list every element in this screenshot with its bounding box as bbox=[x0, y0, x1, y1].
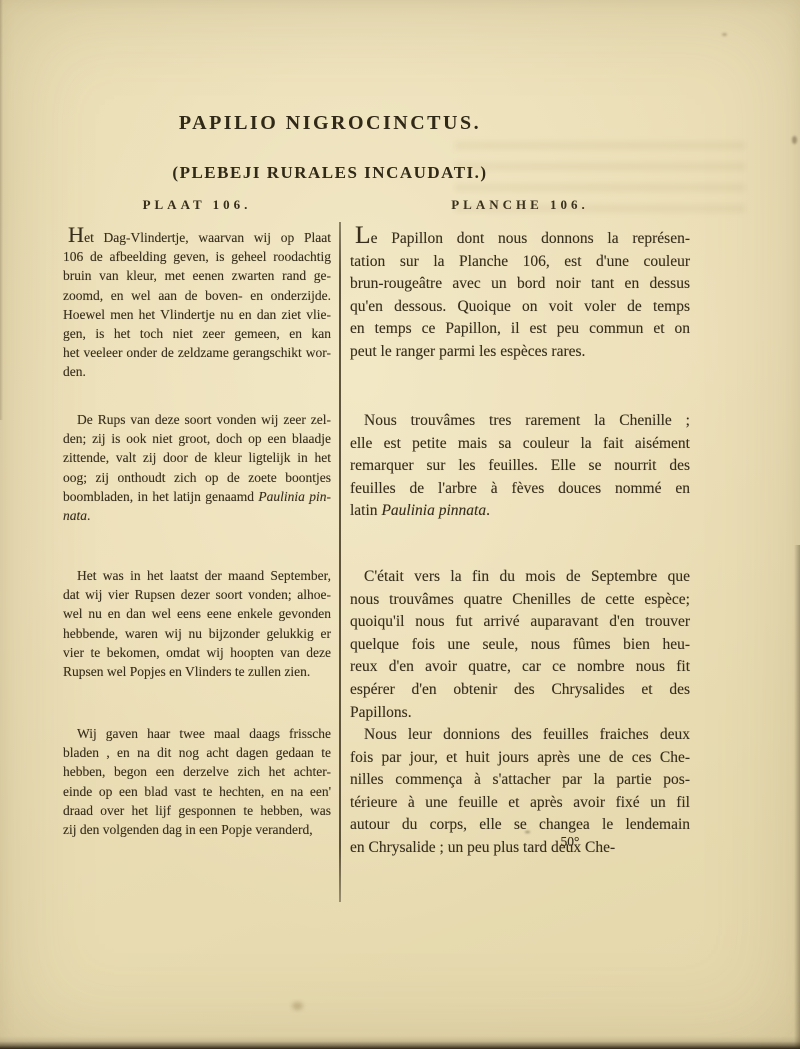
text-line: wel nu en dan wel eens eene enkele gevon… bbox=[63, 604, 331, 623]
paragraph: Nous trouvâmes tres rarement la Chenille… bbox=[350, 410, 690, 523]
column-divider-rule bbox=[339, 222, 341, 902]
text-line: Nous trouvâmes tres rarement la Chenille… bbox=[350, 410, 690, 433]
text-line: Le Papillon dont nous donnons la représe… bbox=[350, 228, 690, 251]
initial-capital: H bbox=[68, 222, 84, 247]
text-line: het veeleer onder de zeldzame gerangschi… bbox=[63, 343, 331, 362]
text-line: autour du corps, elle se changea le lend… bbox=[350, 814, 690, 837]
text-line: qu'en dessous. Quoique on voit voler de … bbox=[350, 296, 690, 319]
text-line: Wij gaven haar twee maal daags frissche bbox=[63, 724, 331, 743]
text-line: elle est petite mais sa couleur la fait … bbox=[350, 433, 690, 456]
text-line: den. bbox=[63, 362, 331, 381]
latin-species-name: nata bbox=[63, 508, 87, 523]
text-line: vier te bekomen, omdat wij hoopten van d… bbox=[63, 643, 331, 662]
text-line: hebbende, waren wij nu bijzonder gelukki… bbox=[63, 624, 331, 643]
text-line: den; zij is ook niet groot, doch op een … bbox=[63, 429, 331, 448]
scan-edge-shadow-right bbox=[794, 545, 800, 1049]
initial-capital: L bbox=[355, 220, 371, 249]
book-page: PAPILIO NIGROCINCTUS. (PLEBEJI RURALES I… bbox=[0, 0, 800, 1049]
scan-edge-shadow-left bbox=[0, 0, 3, 420]
text-line: nata. bbox=[63, 506, 331, 525]
text-line: Papillons. bbox=[350, 702, 690, 725]
text-line: bladen , en na dit nog acht dagen gedaan… bbox=[63, 743, 331, 762]
text-line: fois par jour, et huit jours après une d… bbox=[350, 747, 690, 770]
paragraph: Wij gaven haar twee maal daags frisscheb… bbox=[63, 724, 331, 839]
text-line: feuilles de l'arbre à fèves douces nommé… bbox=[350, 478, 690, 501]
latin-species-name: Paulinia pin- bbox=[258, 489, 331, 504]
text-line: einde op een blad vast te hechten, en na… bbox=[63, 782, 331, 801]
text-line: C'était vers la fin du mois de Septembre… bbox=[350, 566, 690, 589]
text-line: en Chrysalide ; un peu plus tard deux Ch… bbox=[350, 837, 690, 860]
text-line: dat wij vier Rupsen dezer soort vonden; … bbox=[63, 585, 331, 604]
ink-speck bbox=[525, 831, 530, 833]
text-line: espérer d'en obtenir des Chrysalides et … bbox=[350, 679, 690, 702]
ink-speck bbox=[722, 33, 727, 36]
text-line: reux d'en avoir quatre, car ce nombre no… bbox=[350, 656, 690, 679]
text-line: latin Paulinia pinnata. bbox=[350, 500, 690, 523]
paragraph: Het Dag-Vlindertje, waarvan wij op Plaat… bbox=[63, 228, 331, 382]
ink-speck bbox=[792, 136, 797, 144]
text-line: nous trouvâmes quatre Chenilles de cette… bbox=[350, 589, 690, 612]
text-line: Het was in het laatst der maand Septembe… bbox=[63, 566, 331, 585]
text-line: tation sur la Planche 106, est d'une cou… bbox=[350, 251, 690, 274]
text-line: De Rups van deze soort vonden wij zeer z… bbox=[63, 410, 331, 429]
dutch-column-header: PLAAT 106. bbox=[63, 197, 331, 213]
text-line: quelque fois une seule, nous fûmes bien … bbox=[350, 634, 690, 657]
text-line: draad over het lijf gesponnen te hebben,… bbox=[63, 801, 331, 820]
text-line: zij den volgenden dag in een Popje veran… bbox=[63, 820, 331, 839]
paragraph: Het was in het laatst der maand Septembe… bbox=[63, 566, 331, 681]
ink-bleedthrough-ghost bbox=[455, 142, 745, 220]
text-line: peut le ranger parmi les espèces rares. bbox=[350, 341, 690, 364]
text-line: zittende, valt zij door de kleur ligteli… bbox=[63, 448, 331, 467]
text-line: quoiqu'il nous fut arrivé auparavant d'e… bbox=[350, 611, 690, 634]
text-line: Het Dag-Vlindertje, waarvan wij op Plaat bbox=[63, 228, 331, 247]
text-line: 106 de afbeelding geven, is geheel rooda… bbox=[63, 247, 331, 266]
text-line: remarquer sur les feuilles. Elle se nour… bbox=[350, 455, 690, 478]
text-line: brun-rougeâtre avec un bord noir tant en… bbox=[350, 273, 690, 296]
text-line: Nous leur donnions des feuilles fraiches… bbox=[350, 724, 690, 747]
text-line: Hoewel men het Vlindertje nu en dan ziet… bbox=[63, 305, 331, 324]
text-line: Rupsen wel Popjes en Vlinders te zullen … bbox=[63, 662, 331, 681]
scan-edge-shadow-bottom bbox=[0, 1036, 800, 1049]
text-line: térieure à une feuille et après avoir fi… bbox=[350, 792, 690, 815]
text-line: en temps ce Papillon, il est peu commun … bbox=[350, 318, 690, 341]
ink-speck bbox=[292, 1002, 303, 1010]
text-line: nilles commença à s'attacher par la part… bbox=[350, 769, 690, 792]
text-line: bruin van kleur, met eenen zwarten rand … bbox=[63, 266, 331, 285]
paragraph: Nous leur donnions des feuilles fraiches… bbox=[350, 724, 690, 860]
text-line: boombladen, in het latijn genaamd Paulin… bbox=[63, 487, 331, 506]
text-line: hebben, begon een derzelve zich het acht… bbox=[63, 762, 331, 781]
signature-mark: 50° bbox=[540, 834, 600, 850]
paragraph: Le Papillon dont nous donnons la représe… bbox=[350, 228, 690, 364]
paragraph: De Rups van deze soort vonden wij zeer z… bbox=[63, 410, 331, 525]
latin-species-name: Paulinia pinnata bbox=[381, 502, 486, 519]
text-line: oog; zij onthoudt zich op de zoete boont… bbox=[63, 468, 331, 487]
text-line: zoomd, en wel aan de boven- en onderzijd… bbox=[63, 286, 331, 305]
paragraph: C'était vers la fin du mois de Septembre… bbox=[350, 566, 690, 724]
page-title: PAPILIO NIGROCINCTUS. bbox=[0, 112, 660, 135]
text-line: gen, is het toch niet zeer gemeen, en ka… bbox=[63, 324, 331, 343]
